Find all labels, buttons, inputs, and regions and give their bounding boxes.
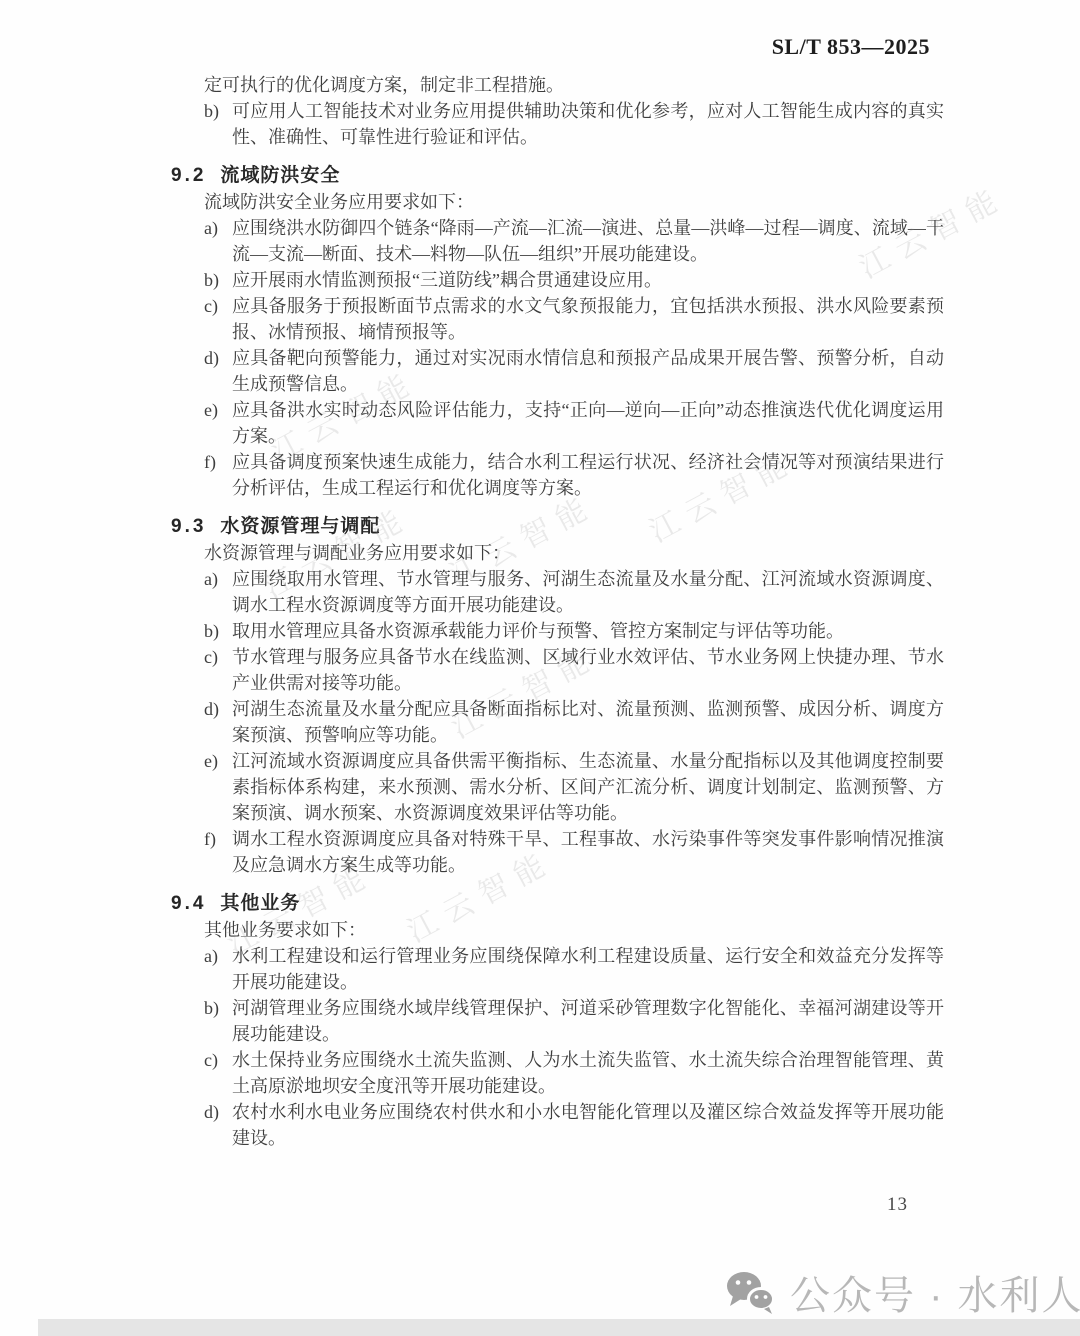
page-number: 13 xyxy=(887,1194,908,1216)
list-item: d)河湖生态流量及水量分配应具备断面指标比对、流量预测、监测预警、成因分析、调度… xyxy=(204,696,944,748)
list-item: b)可应用人工智能技术对业务应用提供辅助决策和优化参考，应对人工智能生成内容的真… xyxy=(204,98,944,150)
item-label: e) xyxy=(204,748,232,826)
item-text: 可应用人工智能技术对业务应用提供辅助决策和优化参考，应对人工智能生成内容的真实性… xyxy=(232,98,944,150)
sections: 9.2流域防洪安全流域防洪安全业务应用要求如下：a)应围绕洪水防御四个链条“降雨… xyxy=(204,163,944,1151)
list-item: a)应围绕取用水管理、节水管理与服务、河湖生态流量及水量分配、江河流域水资源调度… xyxy=(204,566,944,618)
item-text: 节水管理与服务应具备节水在线监测、区域行业水效评估、节水业务网上快捷办理、节水产… xyxy=(232,644,944,696)
list-item: f)调水工程水资源调度应具备对特殊干旱、工程事故、水污染事件等突发事件影响情况推… xyxy=(204,826,944,878)
item-text: 农村水利水电业务应围绕农村供水和小水电智能化管理以及灌区综合效益发挥等开展功能建… xyxy=(232,1099,944,1151)
list-item: e)应具备洪水实时动态风险评估能力，支持“正向—逆向—正向”动态推演迭代优化调度… xyxy=(204,397,944,449)
leading-items: b)可应用人工智能技术对业务应用提供辅助决策和优化参考，应对人工智能生成内容的真… xyxy=(204,98,944,150)
section-title: 其他业务 xyxy=(220,893,300,914)
section-intro: 流域防洪安全业务应用要求如下： xyxy=(204,189,944,215)
section-title: 流域防洪安全 xyxy=(220,165,340,186)
item-label: b) xyxy=(204,98,232,150)
item-label: c) xyxy=(204,1047,232,1099)
section-heading: 9.2流域防洪安全 xyxy=(171,163,944,189)
item-label: c) xyxy=(204,644,232,696)
item-label: a) xyxy=(204,566,232,618)
list-item: c)应具备服务于预报断面节点需求的水文气象预报能力，宜包括洪水预报、洪水风险要素… xyxy=(204,293,944,345)
list-item: a)水利工程建设和运行管理业务应围绕保障水利工程建设质量、运行安全和效益充分发挥… xyxy=(204,943,944,995)
item-text: 应具备靶向预警能力，通过对实况雨水情信息和预报产品成果开展告警、预警分析，自动生… xyxy=(232,345,944,397)
item-text: 水土保持业务应围绕水土流失监测、人为水土流失监管、水土流失综合治理智能管理、黄土… xyxy=(232,1047,944,1099)
list-item: c)水土保持业务应围绕水土流失监测、人为水土流失监管、水土流失综合治理智能管理、… xyxy=(204,1047,944,1099)
item-label: b) xyxy=(204,618,232,644)
item-text: 河湖管理业务应围绕水域岸线管理保护、河道采砂管理数字化智能化、幸福河湖建设等开展… xyxy=(232,995,944,1047)
document-page: SL/T 853—2025 定可执行的优化调度方案，制定非工程措施。 b)可应用… xyxy=(0,0,1080,1151)
item-label: f) xyxy=(204,449,232,501)
section-heading: 9.4其他业务 xyxy=(171,891,944,917)
list-item: d)农村水利水电业务应围绕农村供水和小水电智能化管理以及灌区综合效益发挥等开展功… xyxy=(204,1099,944,1151)
item-text: 应围绕取用水管理、节水管理与服务、河湖生态流量及水量分配、江河流域水资源调度、调… xyxy=(232,566,944,618)
item-text: 应围绕洪水防御四个链条“降雨—产流—汇流—演进、总量—洪峰—过程—调度、流域—干… xyxy=(232,215,944,267)
item-text: 水利工程建设和运行管理业务应围绕保障水利工程建设质量、运行安全和效益充分发挥等开… xyxy=(232,943,944,995)
item-label: d) xyxy=(204,1099,232,1151)
list-item: d)应具备靶向预警能力，通过对实况雨水情信息和预报产品成果开展告警、预警分析，自… xyxy=(204,345,944,397)
section-number: 9.2 xyxy=(171,165,206,186)
list-item: b)应开展雨水情监测预报“三道防线”耦合贯通建设应用。 xyxy=(204,267,944,293)
wechat-watermark: 公众号 · 水利人之家 xyxy=(724,1264,1080,1321)
document-body: 定可执行的优化调度方案，制定非工程措施。 b)可应用人工智能技术对业务应用提供辅… xyxy=(204,72,944,1151)
item-text: 应具备调度预案快速生成能力，结合水利工程运行状况、经济社会情况等对预演结果进行分… xyxy=(232,449,944,501)
list-item: c)节水管理与服务应具备节水在线监测、区域行业水效评估、节水业务网上快捷办理、节… xyxy=(204,644,944,696)
item-label: a) xyxy=(204,215,232,267)
section-intro: 水资源管理与调配业务应用要求如下： xyxy=(204,540,944,566)
list-item: b)取用水管理应具备水资源承载能力评价与预警、管控方案制定与评估等功能。 xyxy=(204,618,944,644)
item-label: d) xyxy=(204,345,232,397)
section-title: 水资源管理与调配 xyxy=(220,516,380,537)
bottom-scrollbar-track xyxy=(38,1319,1080,1336)
section-number: 9.3 xyxy=(171,516,206,537)
list-item: e)江河流域水资源调度应具备供需平衡指标、生态流量、水量分配指标以及其他调度控制… xyxy=(204,748,944,826)
item-label: e) xyxy=(204,397,232,449)
item-label: f) xyxy=(204,826,232,878)
standard-code: SL/T 853—2025 xyxy=(0,0,1080,60)
list-item: f)应具备调度预案快速生成能力，结合水利工程运行状况、经济社会情况等对预演结果进… xyxy=(204,449,944,501)
wechat-account-text: 公众号 · 水利人之家 xyxy=(790,1264,1080,1321)
item-text: 应具备服务于预报断面节点需求的水文气象预报能力，宜包括洪水预报、洪水风险要素预报… xyxy=(232,293,944,345)
section-number: 9.4 xyxy=(171,893,206,914)
item-text: 取用水管理应具备水资源承载能力评价与预警、管控方案制定与评估等功能。 xyxy=(232,618,944,644)
continuation-line: 定可执行的优化调度方案，制定非工程措施。 xyxy=(204,72,944,98)
item-text: 调水工程水资源调度应具备对特殊干旱、工程事故、水污染事件等突发事件影响情况推演及… xyxy=(232,826,944,878)
item-label: a) xyxy=(204,943,232,995)
item-label: d) xyxy=(204,696,232,748)
list-item: a)应围绕洪水防御四个链条“降雨—产流—汇流—演进、总量—洪峰—过程—调度、流域… xyxy=(204,215,944,267)
item-label: b) xyxy=(204,267,232,293)
item-label: c) xyxy=(204,293,232,345)
section-intro: 其他业务要求如下： xyxy=(204,917,944,943)
item-label: b) xyxy=(204,995,232,1047)
item-text: 应具备洪水实时动态风险评估能力，支持“正向—逆向—正向”动态推演迭代优化调度运用… xyxy=(232,397,944,449)
item-text: 应开展雨水情监测预报“三道防线”耦合贯通建设应用。 xyxy=(232,267,944,293)
item-text: 江河流域水资源调度应具备供需平衡指标、生态流量、水量分配指标以及其他调度控制要素… xyxy=(232,748,944,826)
item-text: 河湖生态流量及水量分配应具备断面指标比对、流量预测、监测预警、成因分析、调度方案… xyxy=(232,696,944,748)
list-item: b)河湖管理业务应围绕水域岸线管理保护、河道采砂管理数字化智能化、幸福河湖建设等… xyxy=(204,995,944,1047)
wechat-icon xyxy=(724,1270,778,1316)
section-heading: 9.3水资源管理与调配 xyxy=(171,514,944,540)
